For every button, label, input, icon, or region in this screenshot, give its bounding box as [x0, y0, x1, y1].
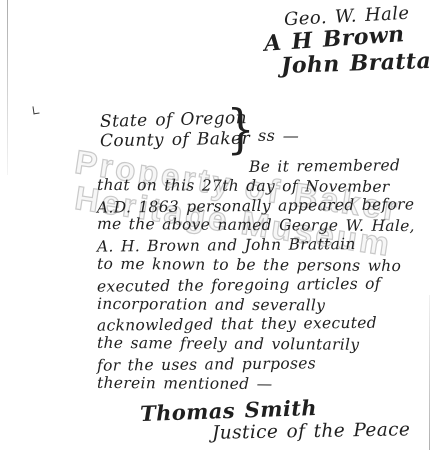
- body-line: therein mentioned —: [97, 374, 415, 396]
- body-line: that on this 27th day of November: [97, 176, 415, 198]
- body-line: the same freely and voluntarily: [97, 334, 415, 356]
- body-line: for the uses and purposes: [97, 353, 415, 376]
- venue-brace: }: [226, 100, 254, 160]
- venue-ss-label: ss —: [258, 126, 299, 145]
- ink-speck: [32, 106, 39, 115]
- body-line: A. H. Brown and John Brattain: [97, 235, 415, 258]
- body-line: executed the foregoing articles of: [97, 274, 415, 297]
- body-line: Be it remembered: [249, 156, 415, 178]
- signature-john-brattain: John Brattain: [281, 47, 432, 79]
- body-line: to me known to be the persons who: [97, 255, 415, 277]
- paper-edge-right: [429, 295, 430, 450]
- paper-edge-left: [7, 0, 8, 175]
- acknowledgment-paragraph: Be it remembered that on this 27th day o…: [97, 157, 415, 395]
- signer-title-justice-of-the-peace: Justice of the Peace: [212, 419, 411, 443]
- scanned-document-page: Property of Baker Heritage Museum Geo. W…: [0, 0, 432, 450]
